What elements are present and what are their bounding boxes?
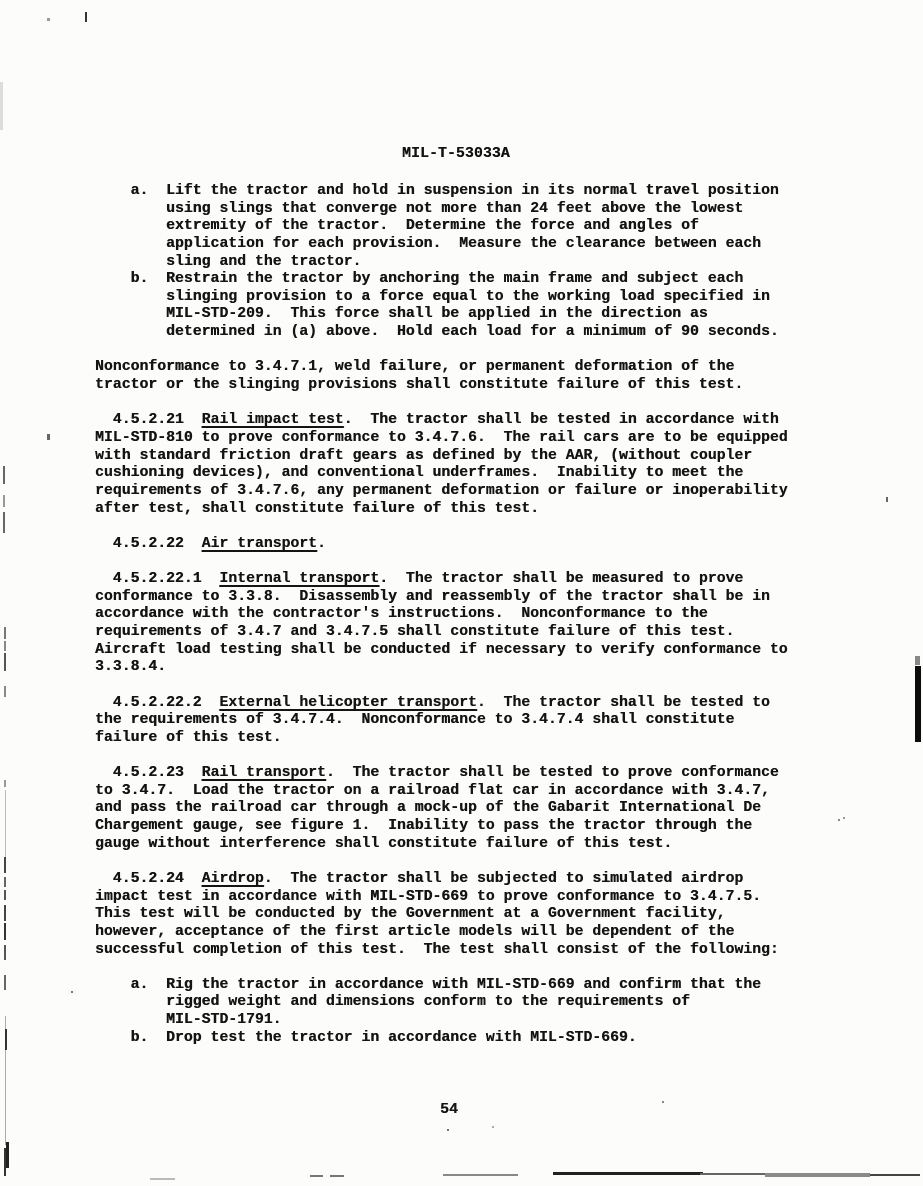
scan-mark	[700, 1173, 770, 1175]
text-segment: . The tractor shall be tested to prove c…	[326, 765, 779, 781]
scan-mark	[5, 790, 6, 857]
text-line: after test, shall constitute failure of …	[95, 501, 788, 519]
text-segment: a. Rig the tractor in accordance with MI…	[95, 977, 761, 993]
scan-mark	[886, 497, 888, 502]
scan-mark	[0, 82, 3, 130]
text-segment: 4.5.2.23	[95, 765, 202, 781]
text-line: sling and the tractor.	[95, 254, 788, 272]
text-line: determined in (a) above. Hold each load …	[95, 324, 788, 342]
text-segment: Chargement gauge, see figure 1. Inabilit…	[95, 818, 752, 834]
text-segment: .	[317, 536, 326, 552]
text-segment: slinging provision to a force equal to t…	[95, 289, 770, 305]
text-segment: MIL-STD-810 to prove conformance to 3.4.…	[95, 430, 788, 446]
text-segment: extremity of the tractor. Determine the …	[95, 218, 699, 234]
text-line: MIL-STD-1791.	[95, 1012, 788, 1030]
text-segment: tractor or the slinging provisions shall…	[95, 377, 743, 393]
scan-mark	[4, 627, 6, 639]
text-segment: conformance to 3.3.8. Disassembly and re…	[95, 589, 770, 605]
text-segment: determined in (a) above. Hold each load …	[95, 324, 779, 340]
scan-mark	[47, 434, 50, 440]
text-line: requirements of 3.4.7.6, any permanent d…	[95, 483, 788, 501]
text-line: and pass the railroad car through a mock…	[95, 800, 788, 818]
scan-mark	[915, 666, 921, 742]
text-line: slinging provision to a force equal to t…	[95, 289, 788, 307]
scan-mark	[4, 686, 6, 697]
text-line: b. Restrain the tractor by anchoring the…	[95, 271, 788, 289]
text-line: impact test in accordance with MIL-STD-6…	[95, 889, 788, 907]
text-line: MIL-STD-810 to prove conformance to 3.4.…	[95, 430, 788, 448]
scan-mark	[765, 1173, 870, 1177]
scan-mark	[4, 890, 6, 900]
scan-mark	[662, 1101, 664, 1103]
text-segment: and pass the railroad car through a mock…	[95, 800, 761, 816]
text-segment: using slings that converge not more than…	[95, 201, 743, 217]
text-segment: . The tractor shall be tested to	[477, 695, 770, 711]
text-segment: a. Lift the tractor and hold in suspensi…	[95, 183, 779, 199]
scanned-page: MIL-T-53033A a. Lift the tractor and hol…	[0, 0, 923, 1186]
text-line: failure of this test.	[95, 730, 788, 748]
text-line	[95, 342, 788, 360]
text-segment: . The tractor shall be measured to prove	[379, 571, 743, 587]
text-segment: 4.5.2.24	[95, 871, 202, 887]
text-segment: MIL-STD-209. This force shall be applied…	[95, 306, 708, 322]
text-line: This test will be conducted by the Gover…	[95, 906, 788, 924]
scan-mark	[4, 641, 6, 651]
text-segment: rigged weight and dimensions conform to …	[95, 994, 690, 1010]
text-line: cushioning devices), and conventional un…	[95, 465, 788, 483]
text-line: requirements of 3.4.7 and 3.4.7.5 shall …	[95, 624, 788, 642]
text-segment: Nonconformance to 3.4.7.1, weld failure,…	[95, 359, 734, 375]
text-line: 4.5.2.22 Air transport.	[95, 536, 788, 554]
text-line	[95, 748, 788, 766]
scan-mark	[150, 1178, 175, 1180]
scan-mark	[553, 1172, 703, 1175]
text-segment: 4.5.2.21	[95, 412, 202, 428]
underlined-heading: Internal transport	[219, 571, 379, 587]
text-line: 4.5.2.24 Airdrop. The tractor shall be s…	[95, 871, 788, 889]
scan-mark	[71, 991, 73, 993]
text-segment: accordance with the contractor's instruc…	[95, 606, 708, 622]
scan-mark	[870, 1174, 920, 1176]
text-line: 4.5.2.23 Rail transport. The tractor sha…	[95, 765, 788, 783]
text-segment: application for each provision. Measure …	[95, 236, 761, 252]
scan-mark	[330, 1175, 344, 1177]
text-segment: 4.5.2.22.2	[95, 695, 219, 711]
scan-mark	[4, 653, 6, 671]
text-line: application for each provision. Measure …	[95, 236, 788, 254]
text-line: 4.5.2.22.1 Internal transport. The tract…	[95, 571, 788, 589]
text-segment: with standard friction draft gears as de…	[95, 448, 752, 464]
text-segment: failure of this test.	[95, 730, 281, 746]
text-line: Chargement gauge, see figure 1. Inabilit…	[95, 818, 788, 836]
text-segment: the requirements of 3.4.7.4. Nonconforma…	[95, 712, 734, 728]
scan-mark	[443, 1174, 518, 1176]
scan-mark	[447, 1129, 449, 1131]
underlined-heading: Airdrop	[202, 871, 264, 887]
text-segment: MIL-STD-1791.	[95, 1012, 281, 1028]
scan-mark	[843, 817, 845, 819]
scan-mark	[3, 495, 5, 507]
text-segment: requirements of 3.4.7 and 3.4.7.5 shall …	[95, 624, 734, 640]
scan-mark	[492, 1126, 494, 1128]
text-line	[95, 677, 788, 695]
text-line	[95, 553, 788, 571]
text-line: accordance with the contractor's instruc…	[95, 606, 788, 624]
scan-mark	[4, 1148, 6, 1176]
scan-mark	[310, 1175, 323, 1177]
text-segment: Aircraft load testing shall be conducted…	[95, 642, 788, 658]
text-line: with standard friction draft gears as de…	[95, 448, 788, 466]
underlined-heading: Air transport	[202, 536, 317, 552]
text-segment: 3.3.8.4.	[95, 659, 166, 675]
underlined-heading: External helicopter transport	[219, 695, 477, 711]
text-line: using slings that converge not more than…	[95, 201, 788, 219]
text-segment: gauge without interference shall constit…	[95, 836, 672, 852]
text-segment: b. Drop test the tractor in accordance w…	[95, 1030, 637, 1046]
scan-mark	[4, 905, 6, 921]
text-line: 4.5.2.22.2 External helicopter transport…	[95, 695, 788, 713]
underlined-heading: Rail transport	[202, 765, 326, 781]
text-segment: requirements of 3.4.7.6, any permanent d…	[95, 483, 788, 499]
text-line: the requirements of 3.4.7.4. Nonconforma…	[95, 712, 788, 730]
scan-mark	[47, 18, 50, 21]
text-line: Aircraft load testing shall be conducted…	[95, 642, 788, 660]
text-line	[95, 959, 788, 977]
text-segment: impact test in accordance with MIL-STD-6…	[95, 889, 761, 905]
text-line	[95, 395, 788, 413]
scan-mark	[4, 780, 6, 787]
text-line: MIL-STD-209. This force shall be applied…	[95, 306, 788, 324]
text-segment: 4.5.2.22	[95, 536, 202, 552]
text-segment: 4.5.2.22.1	[95, 571, 219, 587]
text-line: a. Rig the tractor in accordance with MI…	[95, 977, 788, 995]
text-segment: cushioning devices), and conventional un…	[95, 465, 743, 481]
scan-mark	[4, 877, 6, 887]
text-segment: to 3.4.7. Load the tractor on a railroad…	[95, 783, 770, 799]
text-line: b. Drop test the tractor in accordance w…	[95, 1030, 788, 1048]
scan-mark	[6, 1142, 9, 1168]
text-line: however, acceptance of the first article…	[95, 924, 788, 942]
document-text: a. Lift the tractor and hold in suspensi…	[95, 183, 788, 1047]
text-line	[95, 518, 788, 536]
page-number: 54	[440, 1101, 458, 1118]
text-segment: however, acceptance of the first article…	[95, 924, 734, 940]
scan-mark	[4, 945, 6, 960]
text-segment: b. Restrain the tractor by anchoring the…	[95, 271, 743, 287]
text-line: 4.5.2.21 Rail impact test. The tractor s…	[95, 412, 788, 430]
scan-mark	[838, 819, 840, 821]
scan-mark	[85, 12, 87, 22]
text-segment: . The tractor shall be subjected to simu…	[264, 871, 744, 887]
scan-mark	[4, 975, 6, 990]
scan-mark	[5, 1029, 7, 1050]
text-segment: This test will be conducted by the Gover…	[95, 906, 725, 922]
scan-mark	[4, 923, 6, 940]
scan-mark	[915, 656, 920, 665]
text-line	[95, 853, 788, 871]
text-line: tractor or the slinging provisions shall…	[95, 377, 788, 395]
text-line: Nonconformance to 3.4.7.1, weld failure,…	[95, 359, 788, 377]
text-line: gauge without interference shall constit…	[95, 836, 788, 854]
scan-mark	[3, 466, 5, 484]
document-number-header: MIL-T-53033A	[402, 146, 510, 162]
scan-mark	[3, 512, 5, 533]
text-segment: after test, shall constitute failure of …	[95, 501, 539, 517]
scan-mark	[4, 857, 6, 873]
underlined-heading: Rail impact test	[202, 412, 344, 428]
text-line: extremity of the tractor. Determine the …	[95, 218, 788, 236]
text-line: conformance to 3.3.8. Disassembly and re…	[95, 589, 788, 607]
text-line: successful completion of this test. The …	[95, 942, 788, 960]
text-segment: . The tractor shall be tested in accorda…	[344, 412, 779, 428]
text-line: to 3.4.7. Load the tractor on a railroad…	[95, 783, 788, 801]
text-line: a. Lift the tractor and hold in suspensi…	[95, 183, 788, 201]
text-line: 3.3.8.4.	[95, 659, 788, 677]
text-line: rigged weight and dimensions conform to …	[95, 994, 788, 1012]
text-segment: sling and the tractor.	[95, 254, 361, 270]
text-segment: successful completion of this test. The …	[95, 942, 779, 958]
